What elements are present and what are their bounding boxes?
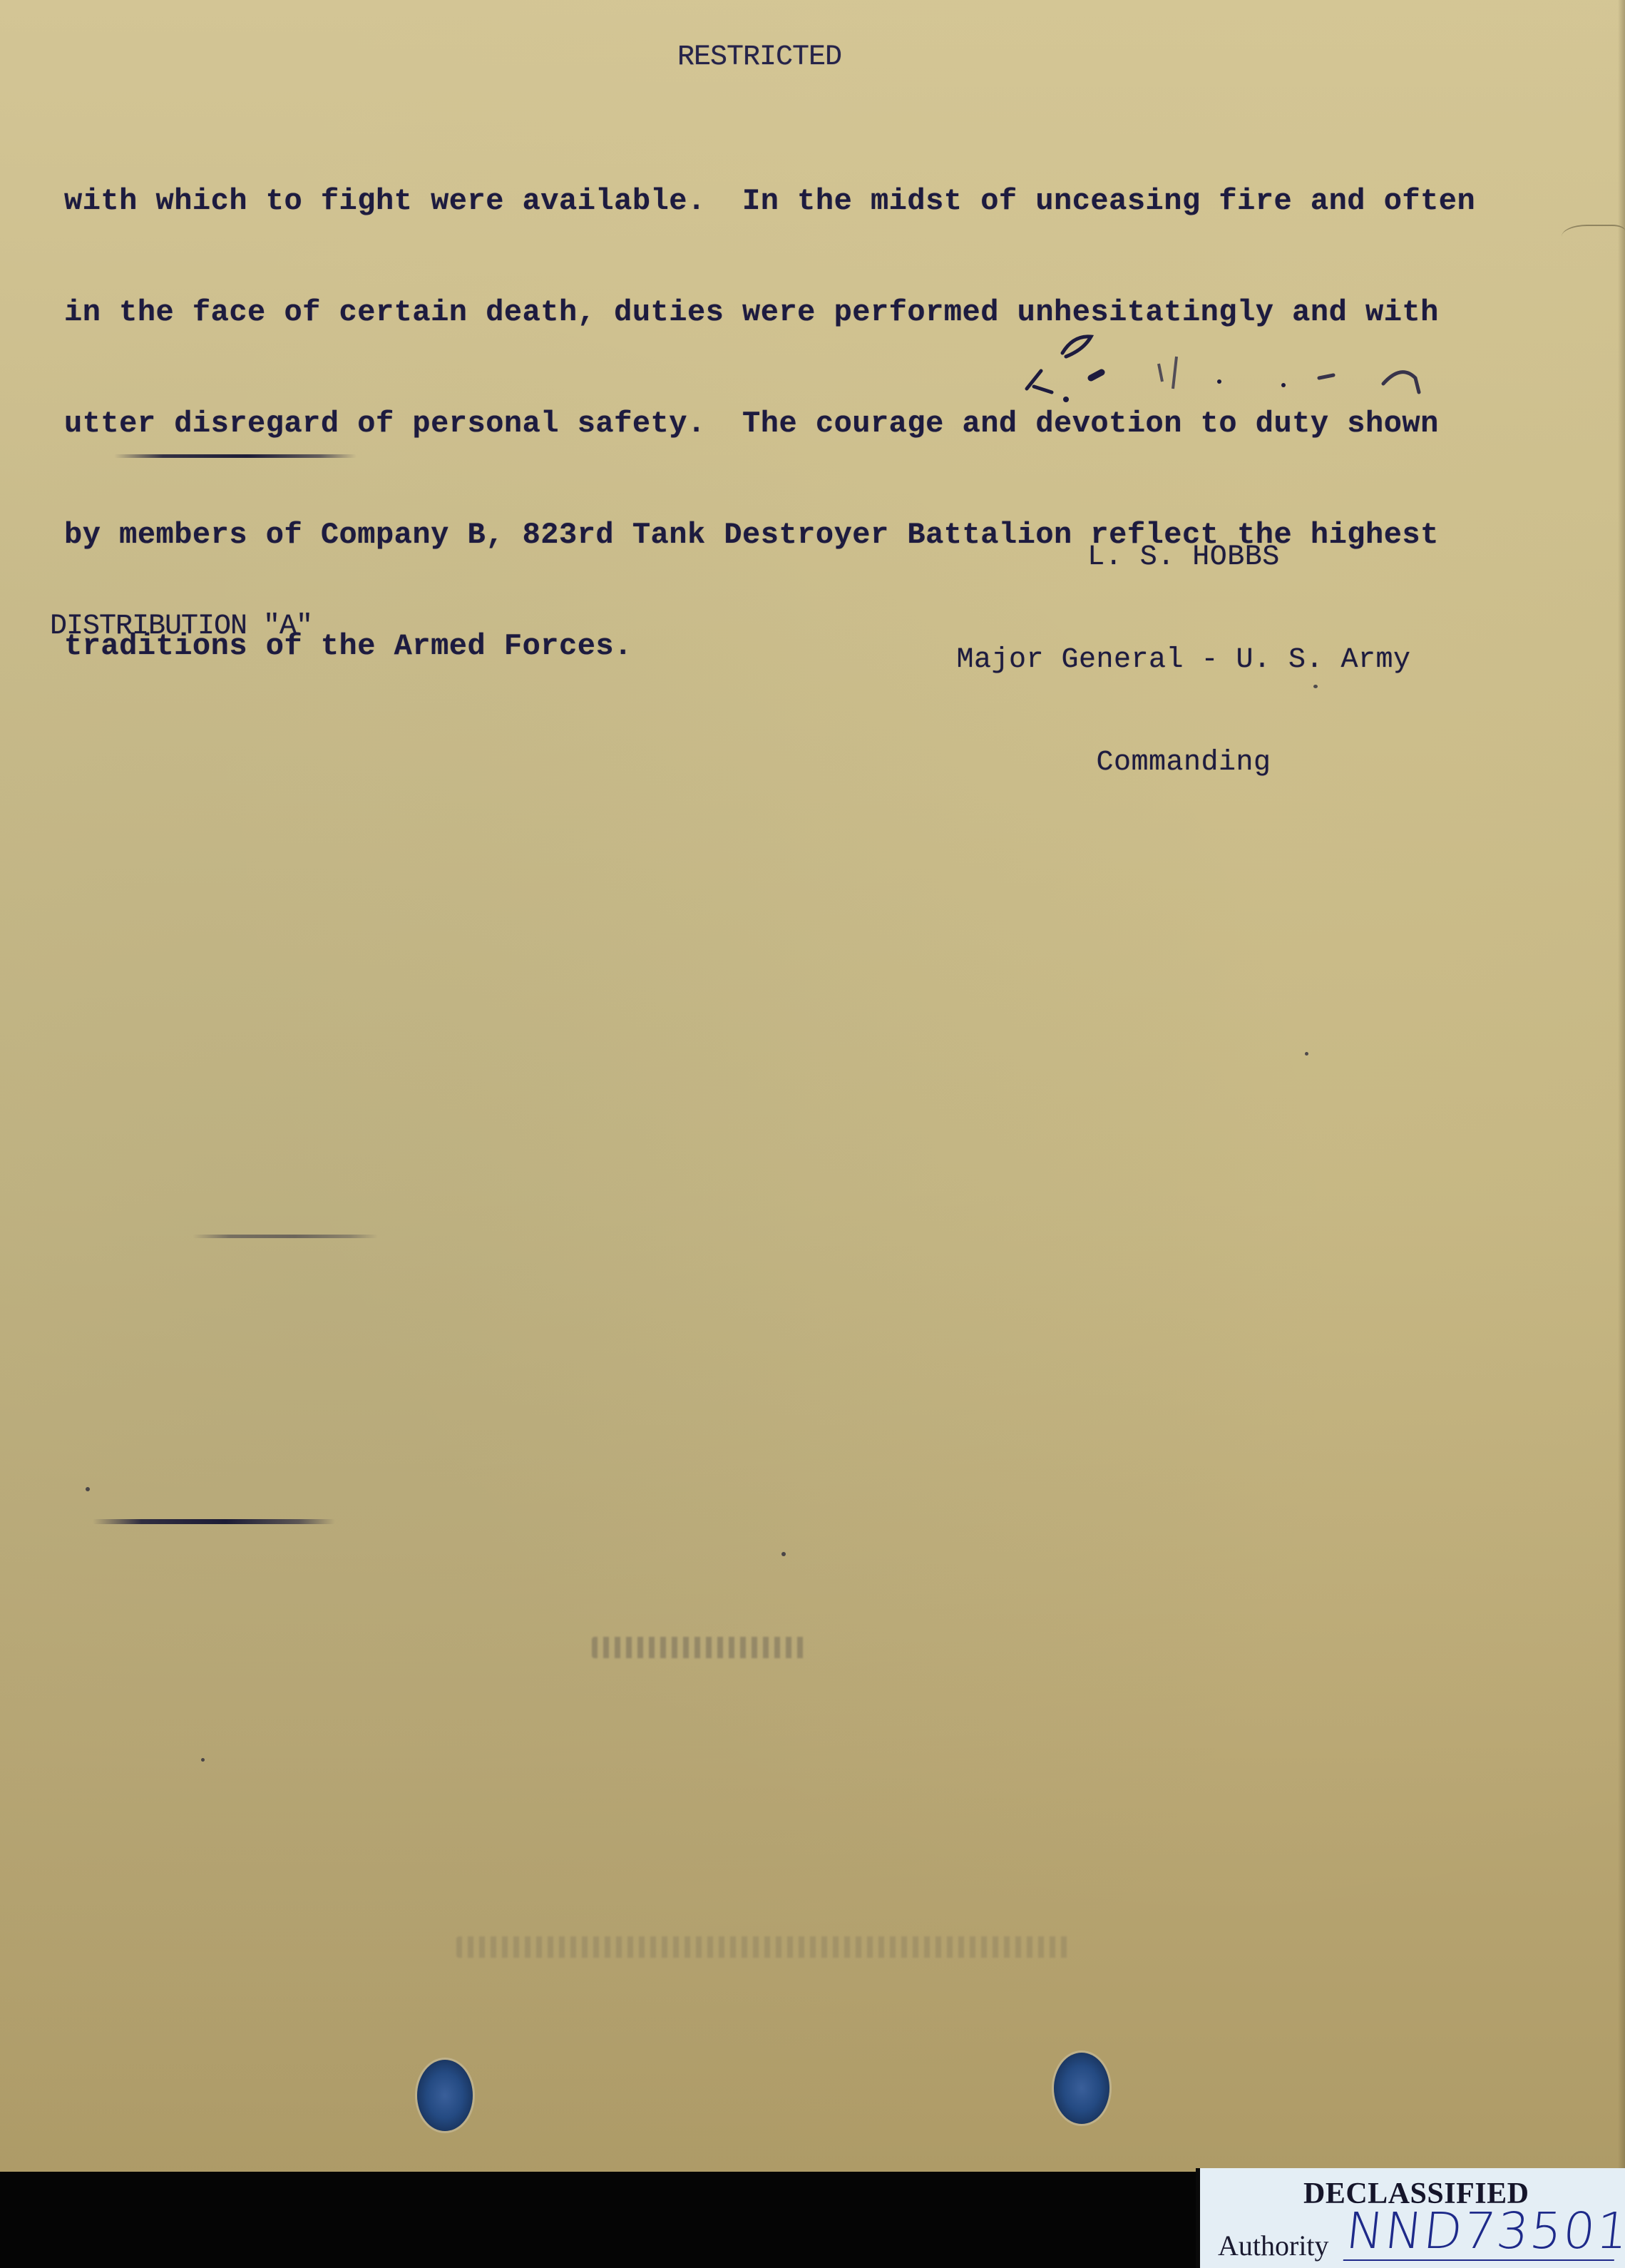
page-edge-shadow — [1618, 0, 1625, 2172]
authority-label: Authority — [1218, 2229, 1329, 2262]
declassified-stamp: DECLASSIFIED Authority NND735017 — [1196, 2168, 1625, 2268]
signatory-name: L. S. HOBBS — [927, 541, 1440, 575]
signatory-rank: Major General - U. S. Army — [927, 643, 1440, 678]
bleed-through-text — [592, 1637, 806, 1658]
punch-hole — [1054, 2053, 1109, 2124]
ink-speck — [1305, 1052, 1308, 1056]
distribution-line: DISTRIBUTION "A" — [50, 611, 312, 643]
body-line: with which to fight were available. In t… — [64, 183, 1475, 220]
document-page: RESTRICTED with which to fight were avai… — [0, 0, 1625, 2172]
classification-header: RESTRICTED — [677, 41, 841, 73]
bleed-through-rule — [193, 1235, 378, 1238]
signatory-role: Commanding — [927, 746, 1440, 780]
authority-value: NND735017 — [1343, 2202, 1621, 2261]
bleed-through-text — [456, 1936, 1070, 1958]
ink-speck — [86, 1487, 90, 1491]
handwritten-signature-icon — [984, 321, 1440, 414]
ink-speck — [1313, 685, 1318, 688]
ink-speck — [781, 1552, 786, 1556]
punch-hole — [417, 2060, 473, 2131]
signature-block: L. S. HOBBS Major General - U. S. Army C… — [927, 472, 1440, 849]
bleed-through-rule — [114, 454, 357, 458]
ink-speck — [201, 1758, 205, 1762]
paper-tear-crease — [1562, 225, 1625, 255]
bleed-through-rule — [93, 1519, 335, 1524]
